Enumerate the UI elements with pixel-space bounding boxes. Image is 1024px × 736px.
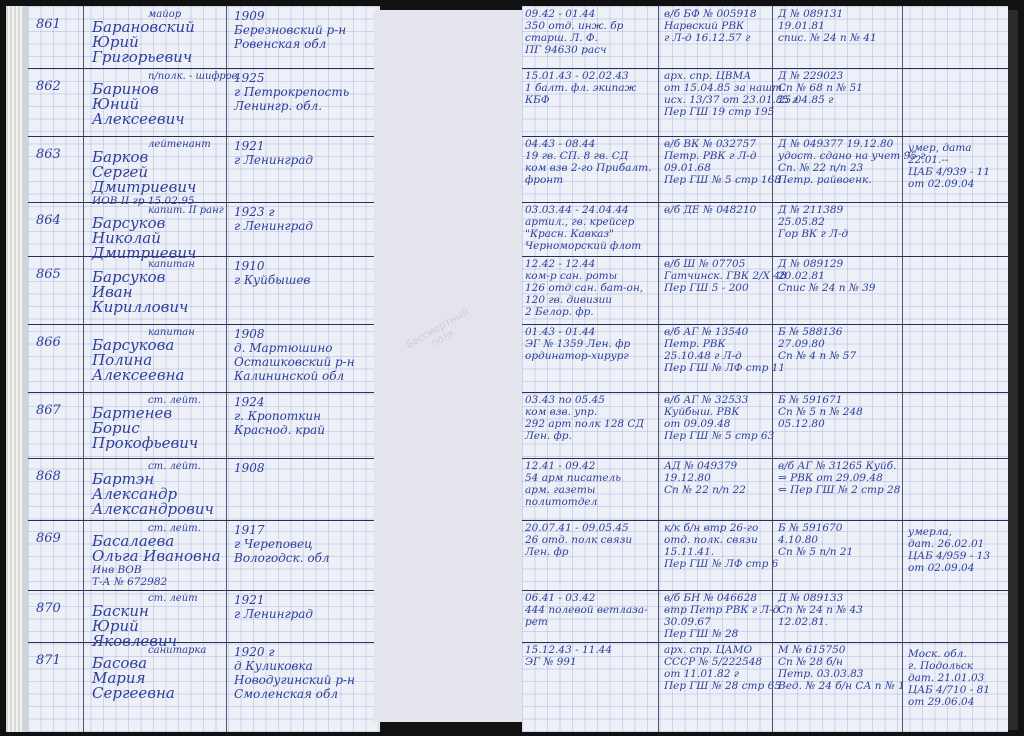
service-record: ком-р сан. роты xyxy=(525,270,617,282)
certificate: Сп № 4 п № 57 xyxy=(778,350,856,362)
award-document: в/б ДЕ № 048210 xyxy=(664,204,756,216)
person-name: Алексеевна xyxy=(92,368,184,383)
person-name: Алексеевич xyxy=(92,112,185,127)
birth-info: г Петрокрепость xyxy=(234,86,349,99)
award-document: в/б БФ № 005918 xyxy=(664,8,757,20)
award-document: Петр. РВК xyxy=(664,338,726,350)
certificate: 25.04.85 г xyxy=(778,94,833,106)
award-document: Куйбыш. РВК xyxy=(664,406,739,418)
award-document: в/б Ш № 07705 xyxy=(664,258,745,270)
birth-info: 1921 xyxy=(234,140,265,153)
rank: ст. лейт. xyxy=(148,460,201,473)
award-document: Пер ГШ № 5 стр 63 xyxy=(664,430,774,442)
birth-info: 1925 xyxy=(234,72,265,85)
award-document: 19.12.80 xyxy=(664,472,711,484)
entry-number: 871 xyxy=(36,654,61,667)
award-document: Пер ГШ № 5 стр 168 xyxy=(664,174,781,186)
notes: 22.01.-- xyxy=(908,154,949,166)
entry-number: 866 xyxy=(36,336,61,349)
birth-info: д Куликовка xyxy=(234,660,313,673)
certificate: Д № 211389 xyxy=(778,204,843,216)
award-document: арх. спр. ЦАМО xyxy=(664,644,752,656)
birth-info: г. Кропоткин xyxy=(234,410,321,423)
birth-info: Ленингр. обл. xyxy=(234,100,322,113)
award-document: Нарвский РВК xyxy=(664,20,744,32)
ledger-row: 867ст. лейт.БартеневБорисПрокофьевич1924… xyxy=(28,392,380,459)
birth-info: д. Мартюшино xyxy=(234,342,333,355)
entry-number: 867 xyxy=(36,404,61,417)
ledger-row: 03.03.44 - 24.04.44артил., гв. крейсер"К… xyxy=(522,202,1008,257)
service-record: старш. Л. Ф. xyxy=(525,32,598,44)
certificate: 19.01.81 xyxy=(778,20,825,32)
notes: от 02.09.04 xyxy=(908,178,974,190)
ledger-row: 868ст. лейт.БартэнАлександрАлександрович… xyxy=(28,458,380,521)
service-record: 350 отд. инж. бр xyxy=(525,20,623,32)
ledger-row: 04.43 - 08.4419 гв. СП. 8 гв. СДком взв … xyxy=(522,136,1008,203)
certificate: 27.09.80 xyxy=(778,338,825,350)
service-record: ПГ 94630 расч xyxy=(525,44,607,56)
award-document: 09.01.68 xyxy=(664,162,711,174)
entry-number: 863 xyxy=(36,148,61,161)
ledger-row: 20.07.41 - 09.05.4526 отд. полк связиЛен… xyxy=(522,520,1008,591)
certificate: Сп № 68 п № 51 xyxy=(778,82,863,94)
certificate: М № 615750 xyxy=(778,644,845,656)
award-document: Пер ГШ 5 - 200 xyxy=(664,282,749,294)
notes: умерла, xyxy=(908,526,952,538)
birth-info: Новодугинский р-н xyxy=(234,674,355,687)
award-document: 25.10.48 г Л-д xyxy=(664,350,742,362)
award-document: Петр. РВК г Л-д xyxy=(664,150,757,162)
extra-note: Инв ВОВ xyxy=(92,564,142,576)
certificate: Д № 049377 19.12.80 xyxy=(778,138,893,150)
service-record: 15.12.43 - 11.44 xyxy=(525,644,612,656)
award-document: в/б АГ № 32533 xyxy=(664,394,748,406)
right-page: 09.42 - 01.44350 отд. инж. брстарш. Л. Ф… xyxy=(522,6,1008,732)
page-shadow xyxy=(1008,10,1018,730)
certificate: Сп № 28 б/н xyxy=(778,656,843,668)
notes: дат. 26.02.01 xyxy=(908,538,984,550)
service-record: Лен. фр xyxy=(525,546,569,558)
birth-info: г Ленинград xyxy=(234,608,313,621)
birth-info: Калининской обл xyxy=(234,370,344,383)
birth-info: Осташковский р-н xyxy=(234,356,355,369)
certificate: 25.05.82 xyxy=(778,216,825,228)
certificate: Петр. райвоенк. xyxy=(778,174,872,186)
ledger-row: 06.41 - 03.42444 полевой ветлаза-ретв/б … xyxy=(522,590,1008,643)
birth-info: Вологодск. обл xyxy=(234,552,330,565)
service-record: 03.43 по 05.45 xyxy=(525,394,605,406)
notes: умер, дата xyxy=(908,142,972,154)
certificate: Сп № 24 п № 43 xyxy=(778,604,863,616)
ledger-row: 01.43 - 01.44ЭГ № 1359 Лен. фрординатор-… xyxy=(522,324,1008,393)
left-page: 861майорБарановскийЮрийГригорьевич1909Бе… xyxy=(22,6,380,732)
service-record: артил., гв. крейсер xyxy=(525,216,634,228)
certificate: Б № 591671 xyxy=(778,394,842,406)
certificate: Сп № 5 п/п 21 xyxy=(778,546,853,558)
rank: санитарка xyxy=(148,644,206,657)
birth-info: 1909 xyxy=(234,10,265,23)
ledger-row: 09.42 - 01.44350 отд. инж. брстарш. Л. Ф… xyxy=(522,6,1008,69)
service-record: 04.43 - 08.44 xyxy=(525,138,595,150)
award-document: в/б ВК № 032757 xyxy=(664,138,756,150)
award-document: СССР № 5/222548 xyxy=(664,656,762,668)
service-record: ком взв 2-го Прибалт. xyxy=(525,162,651,174)
entry-number: 869 xyxy=(36,532,61,545)
birth-info: 1908 xyxy=(234,462,265,475)
certificate: 4.10.80 xyxy=(778,534,818,546)
service-record: 06.41 - 03.42 xyxy=(525,592,595,604)
certificate: Д № 089133 xyxy=(778,592,843,604)
entry-number: 864 xyxy=(36,214,61,227)
service-record: Черноморский флот xyxy=(525,240,641,252)
birth-info: Краснод. край xyxy=(234,424,325,437)
notes: г. Подольск xyxy=(908,660,973,672)
ledger-row: 863лейтенантБарковСергейДмитриевичИОВ II… xyxy=(28,136,380,203)
birth-info: г Ленинград xyxy=(234,154,313,167)
extra-note: Т-А № 672982 xyxy=(92,576,167,588)
birth-info: Смоленская обл xyxy=(234,688,338,701)
certificate: Д № 089131 xyxy=(778,8,843,20)
ledger-row: 865капитанБарсуковИванКириллович1910г Ку… xyxy=(28,256,380,325)
service-record: 19 гв. СП. 8 гв. СД xyxy=(525,150,628,162)
entry-number: 870 xyxy=(36,602,61,615)
rank: п/полк. - шифров. xyxy=(148,70,241,83)
certificate: спис. № 24 п № 41 xyxy=(778,32,877,44)
award-document: отд. полк. связи xyxy=(664,534,758,546)
service-record: 26 отд. полк связи xyxy=(525,534,632,546)
rank: лейтенант xyxy=(148,138,211,151)
ledger-row: 03.43 по 05.45ком взв. упр.292 арт полк … xyxy=(522,392,1008,459)
certificate: удост. сдано на учет 95 г xyxy=(778,150,926,162)
birth-info: Березновский р-н xyxy=(234,24,346,37)
certificate: 05.12.80 xyxy=(778,418,825,430)
notes: от 02.09.04 xyxy=(908,562,974,574)
service-record: "Красн. Кавказ" xyxy=(525,228,614,240)
award-document: Пер ГШ 19 стр 195 xyxy=(664,106,774,118)
certificate: Б № 591670 xyxy=(778,522,842,534)
service-record: ЭГ № 991 xyxy=(525,656,577,668)
service-record: 1 балт. фл. экипаж xyxy=(525,82,636,94)
certificate: 12.02.81. xyxy=(778,616,828,628)
award-document: 15.11.41. xyxy=(664,546,714,558)
award-document: АД № 049379 xyxy=(664,460,737,472)
birth-info: 1923 г xyxy=(234,206,274,219)
ledger-row: 12.41 - 09.4254 арм писательарм. газетып… xyxy=(522,458,1008,521)
award-document: Сп № 22 п/п 22 xyxy=(664,484,746,496)
certificate: Сп. № 22 п/п 23 xyxy=(778,162,863,174)
birth-info: 1917 xyxy=(234,524,265,537)
person-name: Кириллович xyxy=(92,300,188,315)
birth-info: Ровенская обл xyxy=(234,38,326,51)
award-document: Пер ГШ № ЛФ стр 11 xyxy=(664,362,785,374)
ledger-row: 864капит. II рангБарсуковНиколайДмитриев… xyxy=(28,202,380,257)
award-document: в/б АГ № 13540 xyxy=(664,326,748,338)
service-record: 120 гв. дивизии xyxy=(525,294,612,306)
award-document: к/к б/н втр 26-го xyxy=(664,522,758,534)
certificate: Д № 089129 xyxy=(778,258,843,270)
service-record: 126 отд сан. бат-он, xyxy=(525,282,643,294)
service-record: 292 арт полк 128 СД xyxy=(525,418,644,430)
service-record: 12.41 - 09.42 xyxy=(525,460,595,472)
person-name: Александрович xyxy=(92,502,214,517)
service-record: 12.42 - 12.44 xyxy=(525,258,595,270)
service-record: политотдел xyxy=(525,496,597,508)
ledger-row: 15.12.43 - 11.44ЭГ № 991арх. спр. ЦАМОСС… xyxy=(522,642,1008,732)
service-record: 03.03.44 - 24.04.44 xyxy=(525,204,629,216)
certificate: Спис № 24 п № 39 xyxy=(778,282,875,294)
certificate: Д № 229023 xyxy=(778,70,843,82)
award-document: втр Петр РВК г Л-д xyxy=(664,604,779,616)
certificate: Вед. № 24 б/н СА п № 1 xyxy=(778,680,905,692)
award-document: 30.09.67 xyxy=(664,616,711,628)
certificate: Гор ВК г Л-д xyxy=(778,228,848,240)
birth-info: г Череповец xyxy=(234,538,312,551)
award-document: г Л-д 16.12.57 г xyxy=(664,32,750,44)
service-record: арм. газеты xyxy=(525,484,595,496)
award-document: арх. спр. ЦВМА xyxy=(664,70,751,82)
award-document: Пер ГШ № ЛФ стр 6 xyxy=(664,558,778,570)
award-document: Пер ГШ № 28 стр 65 xyxy=(664,680,781,692)
notes: ЦАБ 4/939 - 11 xyxy=(908,166,990,178)
birth-info: 1910 xyxy=(234,260,265,273)
award-document: от 09.09.48 xyxy=(664,418,730,430)
service-record: рет xyxy=(525,616,548,628)
ledger-row: 870ст. лейтБаскинЮрийЯковлевич1921г Лени… xyxy=(28,590,380,643)
birth-info: г Ленинград xyxy=(234,220,313,233)
person-name: Григорьевич xyxy=(92,50,192,65)
award-document: Гатчинск. ГВК 2/X 48 xyxy=(664,270,787,282)
ledger-row: 866капитанБарсуковаПолинаАлексеевна1908д… xyxy=(28,324,380,393)
certificate: Петр. 03.03.83 xyxy=(778,668,863,680)
entry-number: 861 xyxy=(36,18,61,31)
person-name: Прокофьевич xyxy=(92,436,198,451)
notes: ЦАБ 4/959 - 13 xyxy=(908,550,990,562)
ledger-row: 12.42 - 12.44ком-р сан. роты126 отд сан.… xyxy=(522,256,1008,325)
entry-number: 865 xyxy=(36,268,61,281)
service-record: ординатор-хирург xyxy=(525,350,629,362)
entry-number: 868 xyxy=(36,470,61,483)
rank: ст. лейт xyxy=(148,592,198,605)
certificate: 20.02.81 xyxy=(778,270,825,282)
certificate: Б № 588136 xyxy=(778,326,842,338)
ledger-row: 862п/полк. - шифров.БариновЮнийАлексееви… xyxy=(28,68,380,137)
ledger-row: 871санитаркаБасоваМарияСергеевна1920 гд … xyxy=(28,642,380,732)
person-name: Ольга Ивановна xyxy=(92,549,221,564)
person-name: Сергеевна xyxy=(92,686,175,701)
service-record: ЭГ № 1359 Лен. фр xyxy=(525,338,630,350)
ledger-row: 869ст. лейт.БасалаеваОльга ИвановнаИнв В… xyxy=(28,520,380,591)
service-record: КБФ xyxy=(525,94,550,106)
service-record: фронт xyxy=(525,174,563,186)
birth-info: г Куйбышев xyxy=(234,274,310,287)
service-record: 54 арм писатель xyxy=(525,472,621,484)
notes: дат. 21.01.03 xyxy=(908,672,984,684)
certificate: в/б АГ № 31265 Куйб. xyxy=(778,460,896,472)
award-document: в/б БН № 046628 xyxy=(664,592,757,604)
birth-info: 1924 xyxy=(234,396,265,409)
person-name: Дмитриевич xyxy=(92,180,196,195)
ledger-row: 861майорБарановскийЮрийГригорьевич1909Бе… xyxy=(28,6,380,69)
service-record: 15.01.43 - 02.02.43 xyxy=(525,70,629,82)
service-record: 01.43 - 01.44 xyxy=(525,326,595,338)
birth-info: 1921 xyxy=(234,594,265,607)
notes: от 29.06.04 xyxy=(908,696,974,708)
entry-number: 862 xyxy=(36,80,61,93)
service-record: 20.07.41 - 09.05.45 xyxy=(525,522,629,534)
award-document: Пер ГШ № 28 xyxy=(664,628,738,640)
service-record: 09.42 - 01.44 xyxy=(525,8,595,20)
award-document: от 11.01.82 г xyxy=(664,668,739,680)
service-record: 2 Белор. фр. xyxy=(525,306,594,318)
birth-info: 1920 г xyxy=(234,646,274,659)
ledger-row: 15.01.43 - 02.02.431 балт. фл. экипажКБФ… xyxy=(522,68,1008,137)
certificate: Сп № 5 п № 248 xyxy=(778,406,863,418)
certificate: ⇒ РВК от 29.09.48 xyxy=(778,472,883,484)
service-record: ком взв. упр. xyxy=(525,406,597,418)
service-record: Лен. фр. xyxy=(525,430,572,442)
service-record: 444 полевой ветлаза- xyxy=(525,604,648,616)
birth-info: 1908 xyxy=(234,328,265,341)
notes: ЦАБ 4/710 - 81 xyxy=(908,684,990,696)
notes: Моск. обл. xyxy=(908,648,967,660)
certificate: ⇐ Пер ГШ № 2 стр 28 xyxy=(778,484,900,496)
award-document: от 15.04.85 за нашт. xyxy=(664,82,785,94)
